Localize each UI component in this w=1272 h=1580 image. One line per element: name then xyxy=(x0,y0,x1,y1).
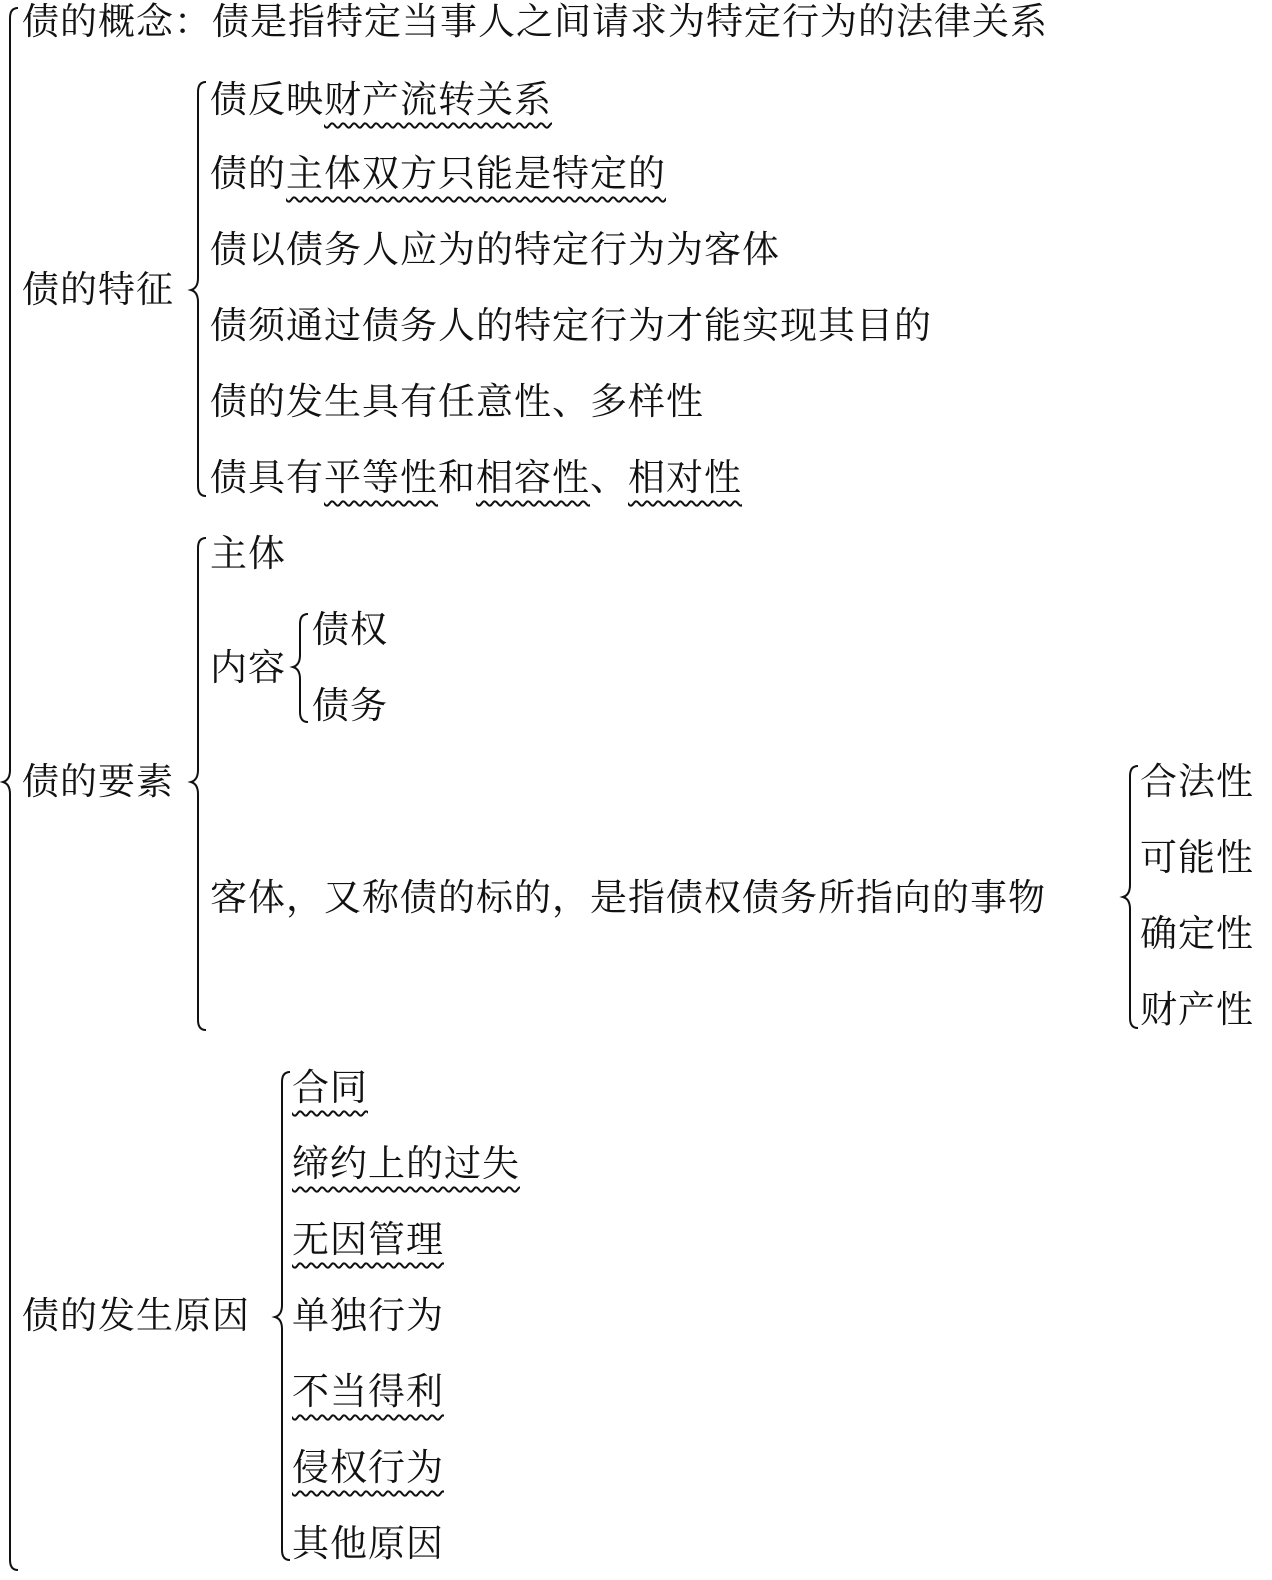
object-trait: 财产性 xyxy=(1140,988,1254,1032)
concept-definition: 债的概念：债是指特定当事人之间请求为特定行为的法律关系 xyxy=(22,0,1048,44)
causes-label: 债的发生原因 xyxy=(22,1294,250,1338)
cause-item: 不当得利 xyxy=(292,1370,444,1414)
feature-item: 债具有平等性和相容性、相对性 xyxy=(210,456,742,500)
cause-item: 单独行为 xyxy=(292,1294,444,1338)
cause-item: 无因管理 xyxy=(292,1218,444,1262)
cause-item: 侵权行为 xyxy=(292,1446,444,1490)
object-trait: 确定性 xyxy=(1140,912,1254,956)
element-subject: 主体 xyxy=(210,532,286,576)
feature-item: 债以债务人应为的特定行为为客体 xyxy=(210,228,780,272)
features-label: 债的特征 xyxy=(22,268,174,312)
elements-label: 债的要素 xyxy=(22,760,174,804)
content-item: 债务 xyxy=(312,684,388,728)
cause-item: 其他原因 xyxy=(292,1522,444,1566)
object-trait: 合法性 xyxy=(1140,760,1254,804)
element-content-label: 内容 xyxy=(210,646,286,690)
cause-item: 合同 xyxy=(292,1066,368,1110)
content-item: 债权 xyxy=(312,608,388,652)
feature-item: 债的主体双方只能是特定的 xyxy=(210,152,666,196)
cause-item: 缔约上的过失 xyxy=(292,1142,520,1186)
feature-item: 债反映财产流转关系 xyxy=(210,78,552,122)
element-object-label: 客体，又称债的标的，是指债权债务所指向的事物 xyxy=(210,876,1046,920)
feature-item: 债须通过债务人的特定行为才能实现其目的 xyxy=(210,304,932,348)
object-trait: 可能性 xyxy=(1140,836,1254,880)
feature-item: 债的发生具有任意性、多样性 xyxy=(210,380,704,424)
